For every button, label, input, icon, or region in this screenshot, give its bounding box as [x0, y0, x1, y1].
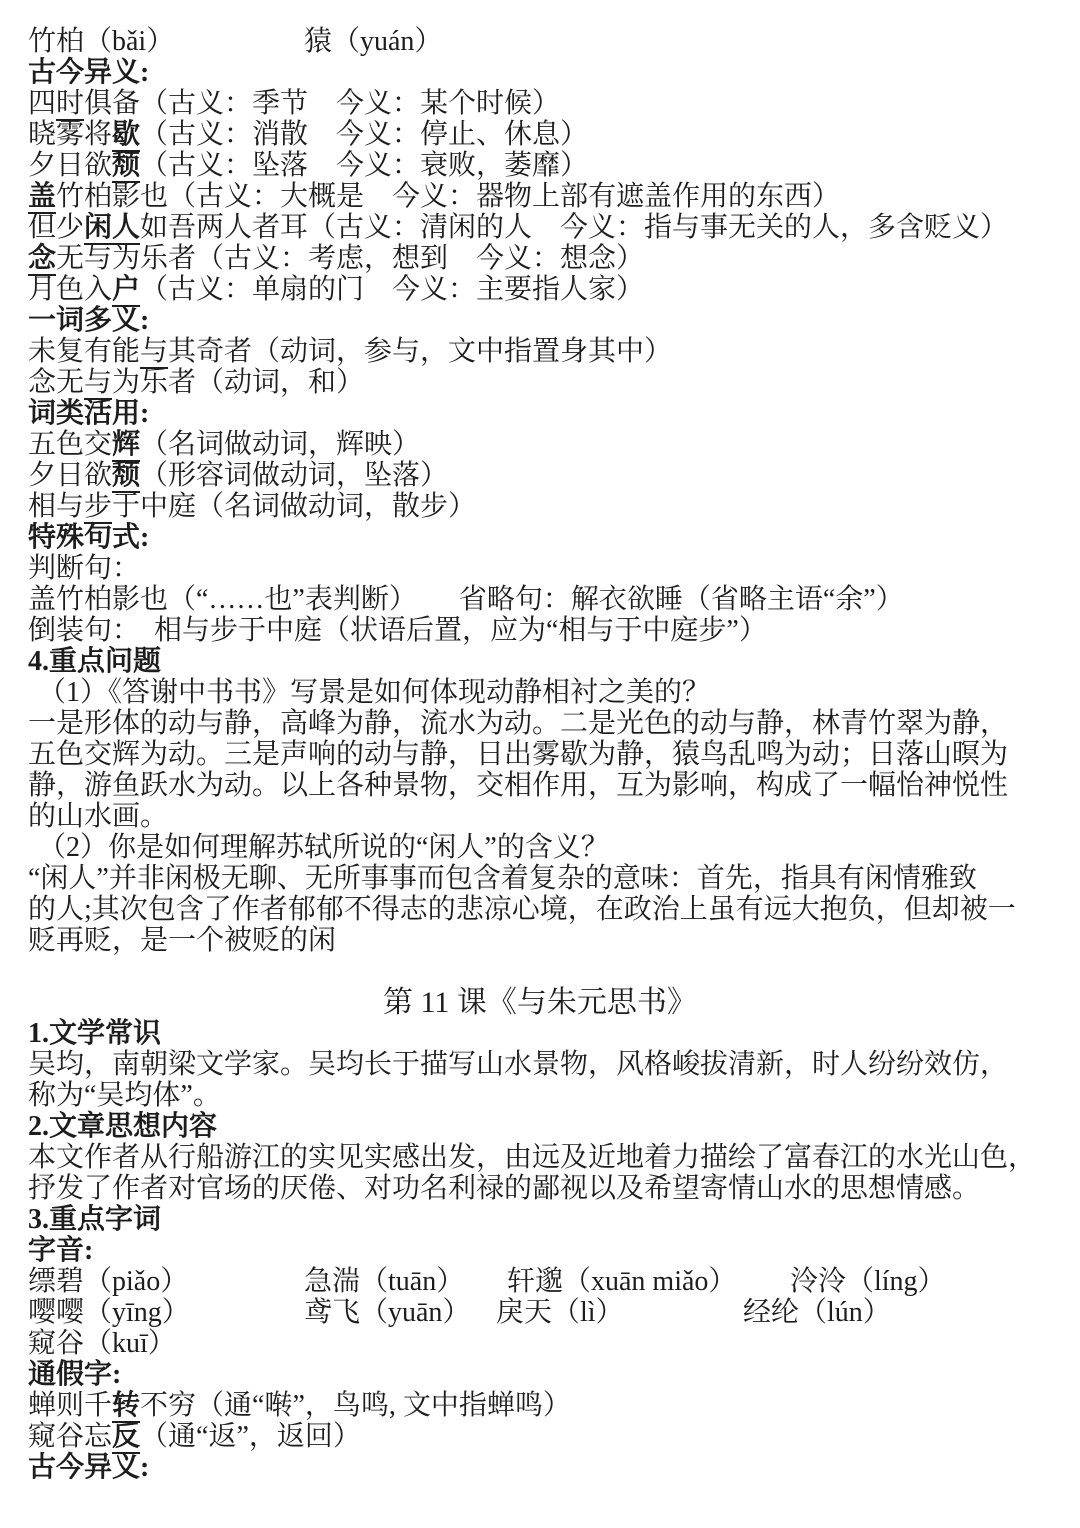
text-line: 念无与为乐者（动词，和）	[28, 367, 1052, 398]
section-heading: 1.文学常识	[28, 1018, 1052, 1049]
text-line: （2）你是如何理解苏轼所说的“闲人”的含义？	[28, 832, 1052, 863]
text-segment: 未复有能	[28, 336, 140, 367]
text-segment: 无与为乐者（古义：考虑，想到 今义：想念）	[56, 243, 644, 274]
text-line: 五色交辉为动。三是声响的动与静，日出雾歇为静，猿鸟乱鸣为动；日落山暝为	[28, 739, 1052, 770]
text-segment: 第 11 课《与朱元思书》	[383, 986, 697, 1019]
text-segment: 但少	[28, 212, 84, 243]
text-line: 月色入户（古义：单扇的门 今义：主要指人家）	[28, 274, 1052, 305]
text-segment: 蝉则千	[28, 1390, 112, 1421]
pron-cell: 轩邈（xuān miǎo）	[507, 1266, 790, 1297]
text-line: 贬再贬，是一个被贬的闲	[28, 925, 1052, 956]
text-segment: 如吾两人者耳（古义：清闲的人 今义：指与事无关的人，多含贬义）	[140, 212, 1008, 243]
key-term: 颓	[112, 150, 140, 183]
section-heading: 古今异义:	[28, 57, 1052, 88]
text-segment: 古今异义:	[28, 1452, 149, 1483]
text-segment: 窥谷（kuī）	[28, 1328, 176, 1359]
text-line: 判断句：	[28, 553, 1052, 584]
text-line: 夕日欲颓（形容词做动词，坠落）	[28, 460, 1052, 491]
key-term: 步	[84, 491, 112, 524]
text-segment: 一词多义:	[28, 305, 149, 336]
text-line: 竹柏（bǎi）猿（yuán）	[28, 26, 1052, 57]
document-page: 竹柏（bǎi）猿（yuán）古今异义:四时俱备（古义：季节 今义：某个时候）晓雾…	[0, 0, 1080, 1483]
pron-cell: 猿（yuán）	[304, 26, 507, 57]
key-term: 与	[84, 367, 112, 400]
text-line: 吴均，南朝梁文学家。吴均长于描写山水景物，风格峻拔清新，时人纷纷效仿，	[28, 1049, 1052, 1080]
section-heading: 2.文章思想内容	[28, 1111, 1052, 1142]
text-line: 窥谷忘反（通“返”，返回）	[28, 1421, 1052, 1452]
text-line: 本文作者从行船游江的实见实感出发，由远及近地着力描绘了富春江的水光山色，	[28, 1142, 1052, 1173]
text-line: 晓雾将歇（古义：消散 今义：停止、休息）	[28, 119, 1052, 150]
key-term: 辉	[112, 429, 140, 462]
section-heading: 特殊句式:	[28, 522, 1052, 553]
text-line: 盖竹柏影也（“……也”表判断） 省略句：解衣欲睡（省略主语“余”）	[28, 584, 1052, 615]
text-segment: 古今异义:	[28, 57, 149, 88]
text-segment: 一是形体的动与静，高峰为静，流水为动。二是光色的动与静，林青竹翠为静，	[28, 708, 1008, 739]
text-segment: 夕日欲	[28, 150, 112, 181]
text-segment: 其奇者（动词，参与，文中指置身其中）	[168, 336, 672, 367]
text-line: 蝉则千转不穷（通“啭”，鸟鸣, 文中指蝉鸣）	[28, 1390, 1052, 1421]
pron-cell: 经纶（lún）	[743, 1297, 891, 1328]
key-term: 歇	[112, 119, 140, 152]
text-segment: 4.重点问题	[28, 646, 161, 677]
section-heading: 一词多义:	[28, 305, 1052, 336]
text-segment: 2.文章思想内容	[28, 1111, 217, 1142]
key-term: 反	[112, 1421, 140, 1454]
pron-cell: 嘤嘤（yīng）	[28, 1297, 304, 1328]
text-line: （1）《答谢中书书》写景是如何体现动静相衬之美的？	[28, 677, 1052, 708]
key-term: 盖	[28, 181, 56, 214]
text-line: 倒装句： 相与步于中庭（状语后置，应为“相与于中庭步”）	[28, 615, 1052, 646]
section-heading: 通假字:	[28, 1359, 1052, 1390]
text-line: 的人;其次包含了作者郁郁不得志的悲凉心境，在政治上虽有远大抱负，但却被一	[28, 894, 1052, 925]
document-body: 竹柏（bǎi）猿（yuán）古今异义:四时俱备（古义：季节 今义：某个时候）晓雾…	[28, 26, 1052, 1483]
text-segment: 窥谷忘	[28, 1421, 112, 1452]
text-line: 盖竹柏影也（古义：大概是 今义：器物上部有遮盖作用的东西）	[28, 181, 1052, 212]
text-segment: （古义：单扇的门 今义：主要指人家）	[140, 274, 644, 305]
text-segment: （名词做动词，辉映）	[140, 429, 420, 460]
text-line: 称为“吴均体”。	[28, 1080, 1052, 1111]
text-segment: 倒装句： 相与步于中庭（状语后置，应为“相与于中庭步”）	[28, 615, 767, 646]
text-line: 缥碧（piǎo）急湍（tuān）轩邈（xuān miǎo）泠泠（líng）	[28, 1266, 1052, 1297]
lesson-title: 第 11 课《与朱元思书》	[28, 987, 1052, 1018]
text-line: 四时俱备（古义：季节 今义：某个时候）	[28, 88, 1052, 119]
pron-cell: 竹柏（bǎi）	[28, 26, 304, 57]
text-line: 相与步于中庭（名词做动词，散步）	[28, 491, 1052, 522]
key-term: 与	[140, 336, 168, 369]
key-term: 时	[56, 88, 84, 121]
text-segment: 字音:	[28, 1235, 93, 1266]
text-segment: 四	[28, 88, 56, 119]
text-line: “闲人”并非闲极无聊、无所事事而包含着复杂的意味：首先，指具有闲情雅致	[28, 863, 1052, 894]
text-line: 的山水画。	[28, 801, 1052, 832]
text-segment: 1.文学常识	[28, 1018, 161, 1049]
text-segment: 于中庭（名词做动词，散步）	[112, 491, 476, 522]
text-segment: 五色交辉为动。三是声响的动与静，日出雾歇为静，猿鸟乱鸣为动；日落山暝为	[28, 739, 1008, 770]
text-segment: 的山水画。	[28, 801, 168, 832]
text-segment: 相与	[28, 491, 84, 522]
section-heading: 字音:	[28, 1235, 1052, 1266]
text-segment: 贬再贬，是一个被贬的闲	[28, 925, 336, 956]
text-segment: 通假字:	[28, 1359, 121, 1390]
text-segment: （2）你是如何理解苏轼所说的“闲人”的含义？	[38, 832, 609, 863]
text-segment: 的人;其次包含了作者郁郁不得志的悲凉心境，在政治上虽有远大抱负，但却被一	[28, 894, 1016, 925]
pron-cell: 鸢飞（yuān）	[304, 1297, 496, 1328]
text-segment: 五色交	[28, 429, 112, 460]
text-line: 静，游鱼跃水为动。以上各种景物，交相作用，互为影响，构成了一幅怡神悦性	[28, 770, 1052, 801]
text-line: 但少闲人如吾两人者耳（古义：清闲的人 今义：指与事无关的人，多含贬义）	[28, 212, 1052, 243]
pron-cell: 泠泠（líng）	[790, 1266, 946, 1297]
text-segment: （古义：消散 今义：停止、休息）	[140, 119, 588, 150]
text-line: 抒发了作者对官场的厌倦、对功名利禄的鄙视以及希望寄情山水的思想情感。	[28, 1173, 1052, 1204]
text-segment: （古义：坠落 今义：衰败，萎靡）	[140, 150, 588, 181]
text-line: 窥谷（kuī）	[28, 1328, 1052, 1359]
text-line: 未复有能与其奇者（动词，参与，文中指置身其中）	[28, 336, 1052, 367]
key-term: 颓	[112, 460, 140, 493]
text-segment: 称为“吴均体”。	[28, 1080, 221, 1111]
section-heading: 古今异义:	[28, 1452, 1052, 1483]
text-segment: 词类活用:	[28, 398, 149, 429]
text-segment: 竹柏影也（古义：大概是 今义：器物上部有遮盖作用的东西）	[56, 181, 840, 212]
pron-cell: 急湍（tuān）	[304, 1266, 507, 1297]
text-segment: “闲人”并非闲极无聊、无所事事而包含着复杂的意味：首先，指具有闲情雅致	[28, 863, 977, 894]
text-segment: 月色入	[28, 274, 112, 305]
text-segment: 特殊句式:	[28, 522, 149, 553]
text-segment: 吴均，南朝梁文学家。吴均长于描写山水景物，风格峻拔清新，时人纷纷效仿，	[28, 1049, 1008, 1080]
text-segment: 不穷（通“啭”，鸟鸣, 文中指蝉鸣）	[140, 1390, 571, 1421]
key-term: 户	[112, 274, 140, 307]
text-line: 夕日欲颓（古义：坠落 今义：衰败，萎靡）	[28, 150, 1052, 181]
text-segment: 抒发了作者对官场的厌倦、对功名利禄的鄙视以及希望寄情山水的思想情感。	[28, 1173, 980, 1204]
text-segment: 为乐者（动词，和）	[112, 367, 364, 398]
text-segment: 夕日欲	[28, 460, 112, 491]
text-segment: 盖竹柏影也（“……也”表判断） 省略句：解衣欲睡（省略主语“余”）	[28, 584, 904, 615]
text-segment: 晓雾将	[28, 119, 112, 150]
section-heading: 词类活用:	[28, 398, 1052, 429]
text-segment: （1）《答谢中书书》写景是如何体现动静相衬之美的？	[38, 677, 710, 708]
text-line: 念无与为乐者（古义：考虑，想到 今义：想念）	[28, 243, 1052, 274]
section-heading: 4.重点问题	[28, 646, 1052, 677]
text-line: 五色交辉（名词做动词，辉映）	[28, 429, 1052, 460]
text-segment: （形容词做动词，坠落）	[140, 460, 448, 491]
pron-cell: 缥碧（piǎo）	[28, 1266, 304, 1297]
text-segment: 念无	[28, 367, 84, 398]
blank-line	[28, 956, 1052, 987]
key-term: 转	[112, 1390, 140, 1423]
text-segment: （通“返”，返回）	[140, 1421, 361, 1452]
key-term: 念	[28, 243, 56, 276]
text-segment: 本文作者从行船游江的实见实感出发，由远及近地着力描绘了富春江的水光山色，	[28, 1142, 1036, 1173]
text-segment: 俱备（古义：季节 今义：某个时候）	[84, 88, 560, 119]
key-term: 闲人	[84, 212, 140, 245]
text-segment: 判断句：	[28, 553, 140, 584]
text-segment: 3.重点字词	[28, 1204, 161, 1235]
section-heading: 3.重点字词	[28, 1204, 1052, 1235]
text-line: 嘤嘤（yīng）鸢飞（yuān）戾天（lì）经纶（lún）	[28, 1297, 1052, 1328]
text-segment: 静，游鱼跃水为动。以上各种景物，交相作用，互为影响，构成了一幅怡神悦性	[28, 770, 1008, 801]
text-line: 一是形体的动与静，高峰为静，流水为动。二是光色的动与静，林青竹翠为静，	[28, 708, 1052, 739]
pron-cell: 戾天（lì）	[496, 1297, 743, 1328]
